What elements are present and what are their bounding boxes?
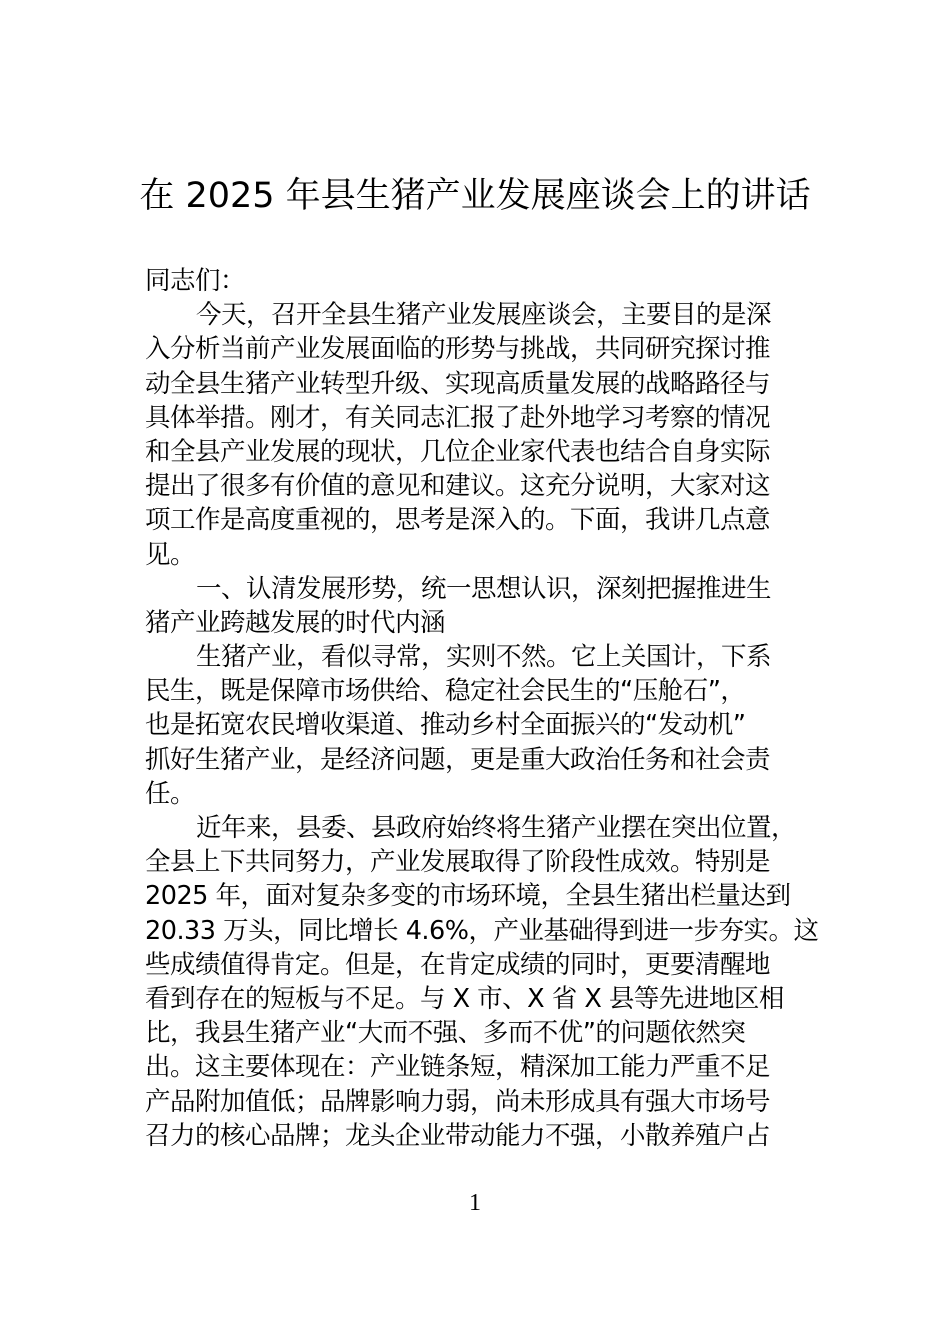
text-line: 产品附加值低；品牌影响力弱，尚未形成具有强大市场号 [145, 1085, 845, 1119]
text-line: 猪产业跨越发展的时代内涵 [145, 606, 845, 640]
text-line: 全县上下共同努力，产业发展取得了阶段性成效。特别是 [145, 845, 845, 879]
document-title: 在 2025 年县生猪产业发展座谈会上的讲话 [0, 172, 950, 220]
text-line: 入分析当前产业发展面临的形势与挑战，共同研究探讨推 [145, 332, 845, 366]
text-line: 具体举措。刚才，有关同志汇报了赴外地学习考察的情况 [145, 401, 845, 435]
text-line: 些成绩值得肯定。但是，在肯定成绩的同时，更要清醒地 [145, 948, 845, 982]
text-line: 20.33 万头，同比增长 4.6%，产业基础得到进一步夯实。这 [145, 914, 845, 948]
text-line: 比，我县生猪产业“大而不强、多而不优”的问题依然突 [145, 1016, 845, 1050]
text-line: 看到存在的短板与不足。与 X 市、X 省 X 县等先进地区相 [145, 982, 845, 1016]
text-line: 近年来，县委、县政府始终将生猪产业摆在突出位置， [145, 811, 845, 845]
paragraph-lines: 今天，召开全县生猪产业发展座谈会，主要目的是深入分析当前产业发展面临的形势与挑战… [145, 298, 845, 1153]
text-line: 召力的核心品牌；龙头企业带动能力不强，小散养殖户占 [145, 1119, 845, 1153]
text-line: 民生，既是保障市场供给、稳定社会民生的“压舱石”， [145, 674, 845, 708]
text-line: 出。这主要体现在：产业链条短，精深加工能力严重不足 [145, 1050, 845, 1084]
text-line: 见。 [145, 538, 845, 572]
text-line: 和全县产业发展的现状，几位企业家代表也结合自身实际 [145, 435, 845, 469]
text-line: 一、认清发展形势，统一思想认识，深刻把握推进生 [145, 572, 845, 606]
document-body: 同志们： 今天，召开全县生猪产业发展座谈会，主要目的是深入分析当前产业发展面临的… [145, 264, 845, 1153]
text-line: 动全县生猪产业转型升级、实现高质量发展的战略路径与 [145, 367, 845, 401]
text-line: 也是拓宽农民增收渠道、推动乡村全面振兴的“发动机” [145, 708, 845, 742]
text-line: 今天，召开全县生猪产业发展座谈会，主要目的是深 [145, 298, 845, 332]
text-line: 项工作是高度重视的，思考是深入的。下面，我讲几点意 [145, 503, 845, 537]
salutation: 同志们： [145, 264, 845, 298]
text-line: 抓好生猪产业，是经济问题，更是重大政治任务和社会责 [145, 743, 845, 777]
text-line: 2025 年，面对复杂多变的市场环境，全县生猪出栏量达到 [145, 879, 845, 913]
page-number: 1 [0, 1186, 950, 1220]
text-line: 生猪产业，看似寻常，实则不然。它上关国计，下系 [145, 640, 845, 674]
text-line: 任。 [145, 777, 845, 811]
text-line: 提出了很多有价值的意见和建议。这充分说明，大家对这 [145, 469, 845, 503]
